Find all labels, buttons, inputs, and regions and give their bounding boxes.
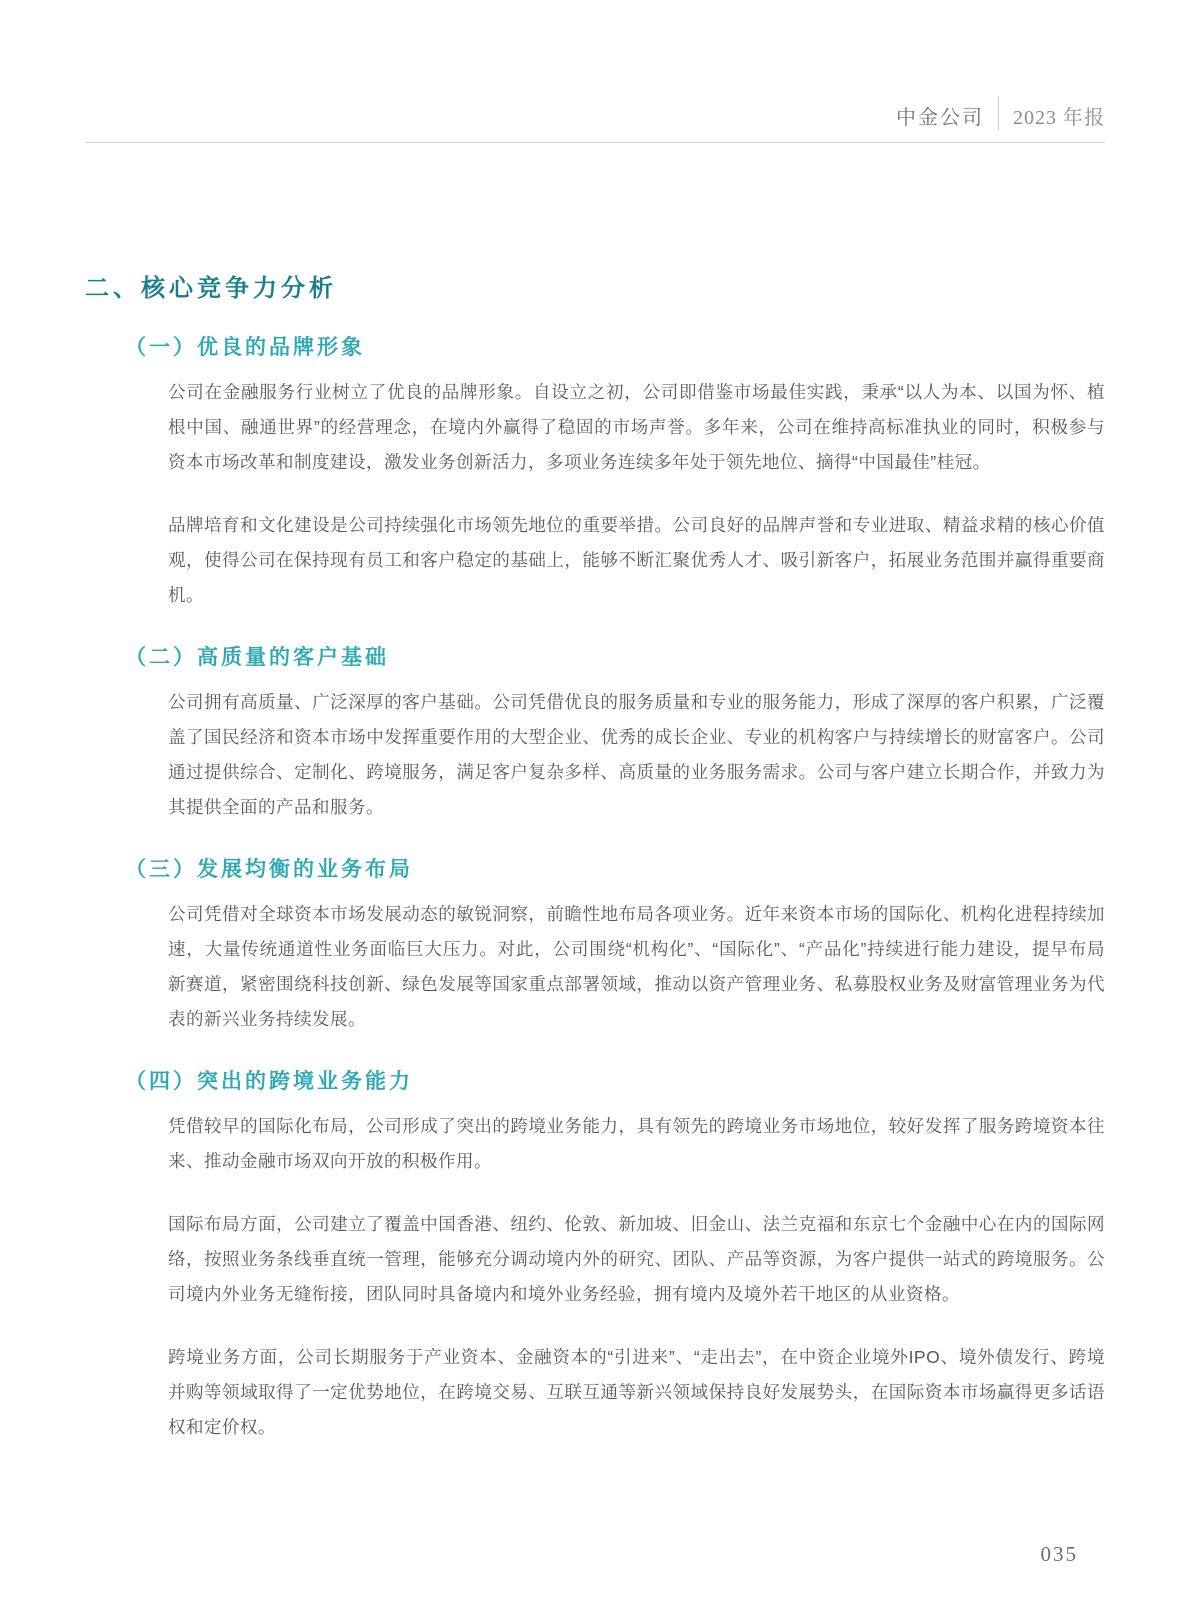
subsection-title-2: （二）高质量的客户基础 [125,641,1105,671]
paragraph: 跨境业务方面，公司长期服务于产业资本、金融资本的“引进来”、“走出去”，在中资企… [168,1340,1105,1445]
paragraph: 国际布局方面，公司建立了覆盖中国香港、纽约、伦敦、新加坡、旧金山、法兰克福和东京… [168,1207,1105,1312]
page-header: 中金公司 2023 年报 [896,100,1105,130]
page-number: 035 [1041,1542,1079,1567]
paragraph: 凭借较早的国际化布局，公司形成了突出的跨境业务能力，具有领先的跨境业务市场地位，… [168,1109,1105,1179]
subsection-title-4: （四）突出的跨境业务能力 [125,1065,1105,1095]
report-page: 中金公司 2023 年报 二、核心竞争力分析 （一）优良的品牌形象 公司在金融服… [0,0,1190,1615]
paragraph: 公司在金融服务行业树立了优良的品牌形象。自设立之初，公司即借鉴市场最佳实践，秉承… [168,375,1105,480]
page-content: 二、核心竞争力分析 （一）优良的品牌形象 公司在金融服务行业树立了优良的品牌形象… [85,268,1105,1445]
subsection-title-1: （一）优良的品牌形象 [125,331,1105,361]
paragraph: 公司凭借对全球资本市场发展动态的敏锐洞察，前瞻性地布局各项业务。近年来资本市场的… [168,897,1105,1037]
paragraph: 品牌培育和文化建设是公司持续强化市场领先地位的重要举措。公司良好的品牌声誉和专业… [168,508,1105,613]
header-rule [85,142,1105,143]
company-name: 中金公司 [896,101,998,130]
section-title: 二、核心竞争力分析 [85,268,1105,303]
subsection-title-3: （三）发展均衡的业务布局 [125,853,1105,883]
paragraph: 公司拥有高质量、广泛深厚的客户基础。公司凭借优良的服务质量和专业的服务能力，形成… [168,685,1105,825]
report-year-label: 2023 年报 [999,101,1105,130]
